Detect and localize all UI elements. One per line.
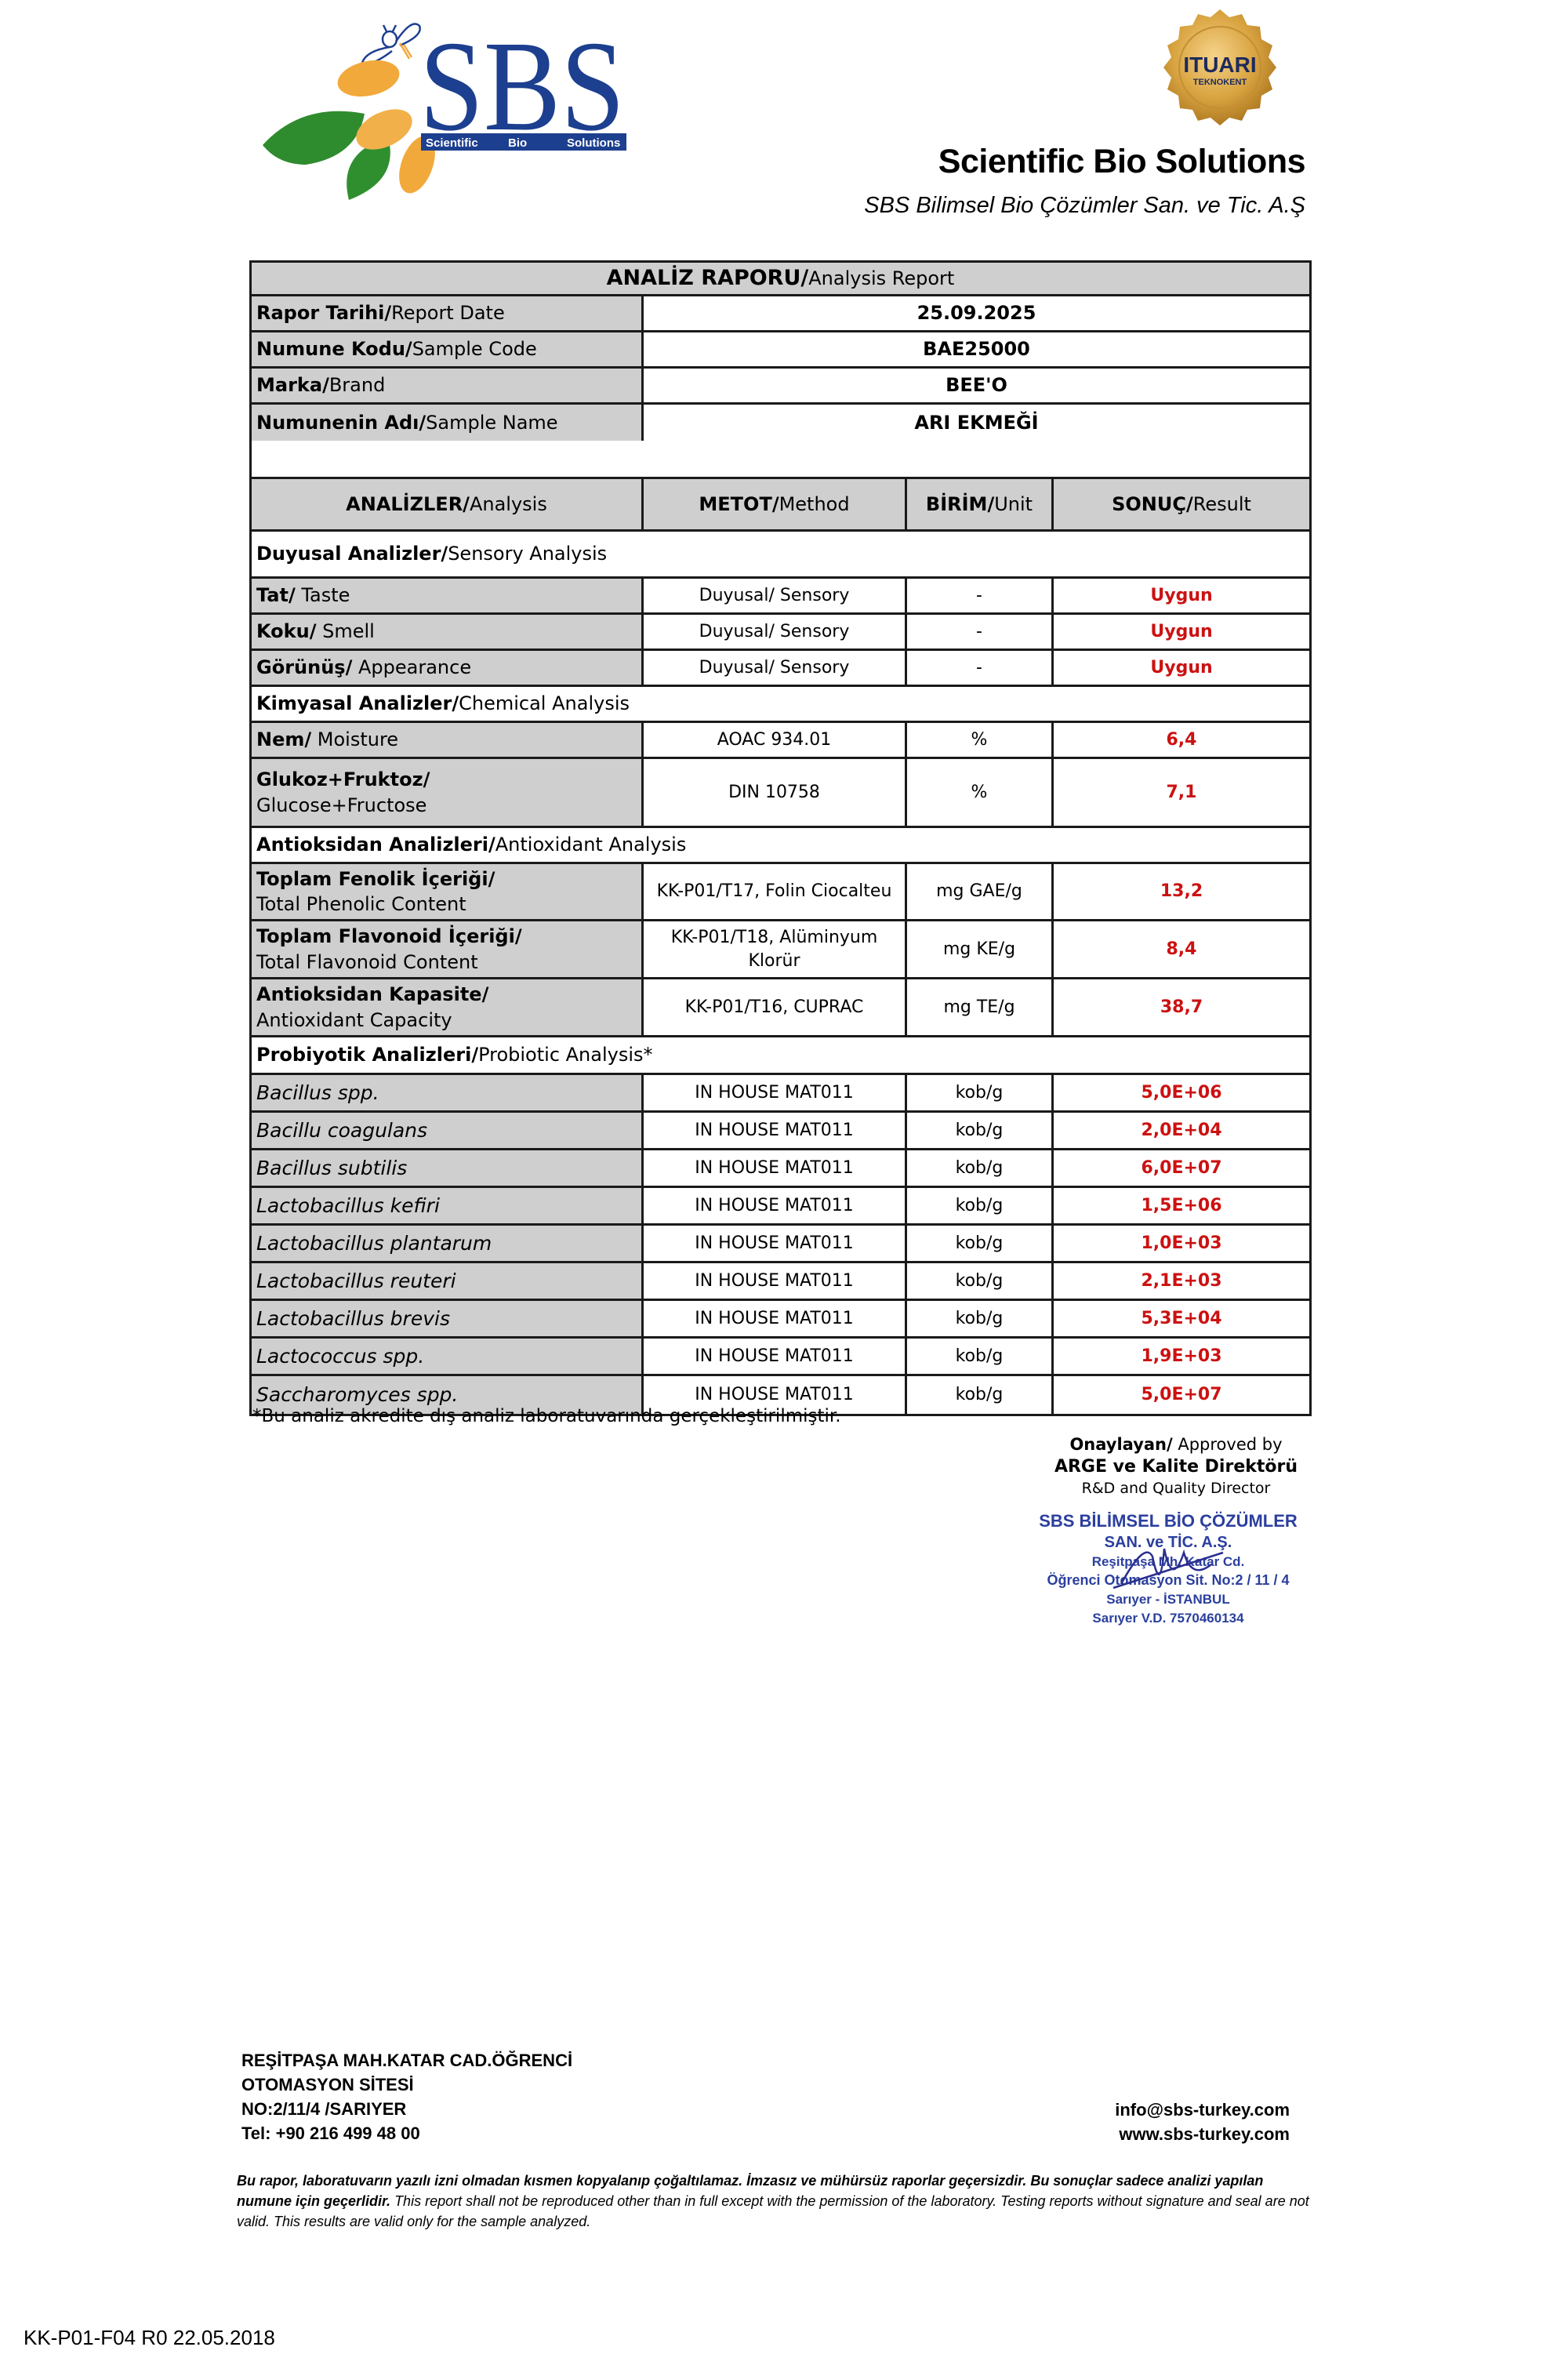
info-label: Numune Kodu/ Sample Code [252, 332, 644, 366]
ituari-seal: ITUARI TEKNOKENT [1146, 6, 1294, 136]
svg-text:TEKNOKENT: TEKNOKENT [1193, 78, 1247, 87]
method-cell: IN HOUSE MAT011 [644, 1339, 907, 1374]
info-label: Marka/ Brand [252, 369, 644, 402]
svg-text:Bio: Bio [508, 136, 527, 150]
table-row: Lactococcus spp.IN HOUSE MAT011kob/g1,9E… [252, 1339, 1309, 1376]
info-value: ARI EKMEĞİ [644, 405, 1309, 441]
email-link[interactable]: info@sbs-turkey.com [1019, 2098, 1290, 2122]
unit-cell: kob/g [907, 1226, 1054, 1261]
method-cell: Duyusal/ Sensory [644, 579, 907, 612]
unit-cell: mg GAE/g [907, 864, 1054, 919]
analysis-report-table: ANALİZ RAPORU/ Analysis Report Rapor Tar… [249, 260, 1312, 1416]
form-code: KK-P01-F04 R0 22.05.2018 [24, 2326, 275, 2350]
analysis-name: Lactobacillus kefiri [252, 1188, 644, 1223]
table-row: Antioksidan Kapasite/Antioxidant Capacit… [252, 979, 1309, 1037]
result-cell: 5,0E+06 [1054, 1075, 1309, 1110]
column-header-method: METOT/ Method [644, 479, 907, 529]
table-row: Bacillus subtilisIN HOUSE MAT011kob/g6,0… [252, 1150, 1309, 1188]
method-cell: IN HOUSE MAT011 [644, 1188, 907, 1223]
svg-text:Scientific: Scientific [426, 136, 478, 150]
info-row: Rapor Tarihi/ Report Date25.09.2025 [252, 296, 1309, 332]
table-row: Lactobacillus brevisIN HOUSE MAT011kob/g… [252, 1301, 1309, 1339]
website-link[interactable]: www.sbs-turkey.com [1019, 2122, 1290, 2146]
unit-cell: kob/g [907, 1301, 1054, 1336]
method-cell: IN HOUSE MAT011 [644, 1113, 907, 1148]
analysis-name: Tat/ Taste [252, 579, 644, 612]
unit-cell: - [907, 651, 1054, 685]
analysis-name: Bacillus subtilis [252, 1150, 644, 1186]
info-value: 25.09.2025 [644, 296, 1309, 330]
footnote: *Bu analiz akredite dış analiz laboratuv… [252, 1406, 841, 1426]
table-row: Glukoz+Fruktoz/Glucose+FructoseDIN 10758… [252, 759, 1309, 828]
result-cell: 8,4 [1054, 921, 1309, 977]
section-title: Kimyasal Analizler/ Chemical Analysis [252, 687, 1309, 721]
unit-cell: mg KE/g [907, 921, 1054, 977]
analysis-name: Lactobacillus plantarum [252, 1226, 644, 1261]
analysis-name: Bacillu coagulans [252, 1113, 644, 1148]
analysis-name: Antioksidan Kapasite/Antioxidant Capacit… [252, 979, 644, 1035]
analysis-name: Koku/ Smell [252, 615, 644, 648]
method-cell: KK-P01/T17, Folin Ciocalteu [644, 864, 907, 919]
table-row: Toplam Fenolik İçeriği/Total Phenolic Co… [252, 864, 1309, 921]
section-header-row: Kimyasal Analizler/ Chemical Analysis [252, 687, 1309, 723]
info-label: Numunenin Adı/ Sample Name [252, 405, 644, 441]
analysis-name: Lactobacillus reuteri [252, 1263, 644, 1299]
result-cell: 2,1E+03 [1054, 1263, 1309, 1299]
analysis-name: Toplam Fenolik İçeriği/Total Phenolic Co… [252, 864, 644, 919]
unit-cell: - [907, 615, 1054, 648]
method-cell: IN HOUSE MAT011 [644, 1301, 907, 1336]
info-value: BEE'O [644, 369, 1309, 402]
method-cell: KK-P01/T18, Alüminyum Klorür [644, 921, 907, 977]
unit-cell: % [907, 759, 1054, 826]
result-cell: 1,0E+03 [1054, 1226, 1309, 1261]
unit-cell: kob/g [907, 1113, 1054, 1148]
method-cell: IN HOUSE MAT011 [644, 1226, 907, 1261]
table-row: Nem/ MoistureAOAC 934.01%6,4 [252, 723, 1309, 759]
disclaimer: Bu rapor, laboratuvarın yazılı izni olma… [237, 2171, 1311, 2232]
result-cell: Uygun [1054, 579, 1309, 612]
section-header-row: Duyusal Analizler/ Sensory Analysis [252, 532, 1309, 579]
method-cell: AOAC 934.01 [644, 723, 907, 757]
method-cell: KK-P01/T16, CUPRAC [644, 979, 907, 1035]
section-title: Antioksidan Analizleri/ Antioxidant Anal… [252, 828, 1309, 862]
info-row: Numunenin Adı/ Sample NameARI EKMEĞİ [252, 405, 1309, 441]
analysis-name: Nem/ Moisture [252, 723, 644, 757]
table-row: Lactobacillus reuteriIN HOUSE MAT011kob/… [252, 1263, 1309, 1301]
unit-cell: - [907, 579, 1054, 612]
table-row: Bacillus spp.IN HOUSE MAT011kob/g5,0E+06 [252, 1075, 1309, 1113]
sbs-logo: SBS Scientific Bio Solutions [255, 12, 631, 212]
company-name: Scientific Bio Solutions [706, 143, 1305, 181]
spacer-row [252, 441, 1309, 479]
unit-cell: kob/g [907, 1263, 1054, 1299]
svg-text:Öğrenci Otomasyon Sit. No:2 /: Öğrenci Otomasyon Sit. No:2 / 11 / 4 [1047, 1572, 1289, 1588]
svg-text:Solutions: Solutions [567, 136, 620, 150]
result-cell: 38,7 [1054, 979, 1309, 1035]
result-cell: 5,3E+04 [1054, 1301, 1309, 1336]
report-title-row: ANALİZ RAPORU/ Analysis Report [252, 263, 1309, 296]
analysis-name: Lactococcus spp. [252, 1339, 644, 1374]
company-contact: info@sbs-turkey.com www.sbs-turkey.com [1019, 2098, 1290, 2146]
analysis-name: Görünüş/ Appearance [252, 651, 644, 685]
seed-icon [334, 55, 402, 102]
svg-text:SAN. ve TİC. A.Ş.: SAN. ve TİC. A.Ş. [1105, 1533, 1232, 1551]
table-row: Görünüş/ AppearanceDuyusal/ Sensory-Uygu… [252, 651, 1309, 687]
info-value: BAE25000 [644, 332, 1309, 366]
analysis-name: Toplam Flavonoid İçeriği/Total Flavonoid… [252, 921, 644, 977]
analysis-name: Glukoz+Fruktoz/Glucose+Fructose [252, 759, 644, 826]
table-row: Bacillu coagulansIN HOUSE MAT011kob/g2,0… [252, 1113, 1309, 1150]
report-title: ANALİZ RAPORU/ Analysis Report [252, 263, 1309, 294]
unit-cell: kob/g [907, 1150, 1054, 1186]
result-cell: 2,0E+04 [1054, 1113, 1309, 1148]
result-cell: 5,0E+07 [1054, 1376, 1309, 1414]
result-cell: Uygun [1054, 651, 1309, 685]
method-cell: IN HOUSE MAT011 [644, 1150, 907, 1186]
column-header-analysis: ANALİZLER/ Analysis [252, 479, 644, 529]
section-title: Probiyotik Analizleri/ Probiotic Analysi… [252, 1037, 1309, 1073]
table-row: Tat/ TasteDuyusal/ Sensory-Uygun [252, 579, 1309, 615]
section-title: Duyusal Analizler/ Sensory Analysis [252, 532, 1309, 576]
bee-icon [362, 24, 420, 64]
unit-cell: % [907, 723, 1054, 757]
leaf-icon [263, 111, 365, 165]
table-row: Lactobacillus kefiriIN HOUSE MAT011kob/g… [252, 1188, 1309, 1226]
unit-cell: kob/g [907, 1075, 1054, 1110]
analysis-name: Bacillus spp. [252, 1075, 644, 1110]
section-header-row: Antioksidan Analizleri/ Antioxidant Anal… [252, 828, 1309, 864]
table-row: Lactobacillus plantarumIN HOUSE MAT011ko… [252, 1226, 1309, 1263]
result-cell: 1,9E+03 [1054, 1339, 1309, 1374]
company-address: REŞİTPAŞA MAH.KATAR CAD.ÖĞRENCİ OTOMASYO… [241, 2048, 572, 2145]
unit-cell: kob/g [907, 1376, 1054, 1414]
info-label: Rapor Tarihi/ Report Date [252, 296, 644, 330]
company-stamp-signature: SBS BİLİMSEL BİO ÇÖZÜMLER SAN. ve TİC. A… [1027, 1509, 1309, 1635]
method-cell: DIN 10758 [644, 759, 907, 826]
method-cell: Duyusal/ Sensory [644, 651, 907, 685]
table-row: Toplam Flavonoid İçeriği/Total Flavonoid… [252, 921, 1309, 979]
approval-block: Onaylayan/ Approved by ARGE ve Kalite Di… [1043, 1435, 1309, 1497]
result-cell: 6,0E+07 [1054, 1150, 1309, 1186]
approver-role-tr: ARGE ve Kalite Direktörü [1043, 1457, 1309, 1477]
unit-cell: kob/g [907, 1188, 1054, 1223]
info-row: Marka/ BrandBEE'O [252, 369, 1309, 405]
info-row: Numune Kodu/ Sample CodeBAE25000 [252, 332, 1309, 369]
section-header-row: Probiyotik Analizleri/ Probiotic Analysi… [252, 1037, 1309, 1075]
column-header-row: ANALİZLER/ Analysis METOT/ Method BİRİM/… [252, 479, 1309, 532]
result-cell: 1,5E+06 [1054, 1188, 1309, 1223]
analysis-name: Lactobacillus brevis [252, 1301, 644, 1336]
svg-text:Sarıyer V.D. 7570460134: Sarıyer V.D. 7570460134 [1092, 1611, 1244, 1626]
method-cell: IN HOUSE MAT011 [644, 1075, 907, 1110]
method-cell: IN HOUSE MAT011 [644, 1263, 907, 1299]
unit-cell: mg TE/g [907, 979, 1054, 1035]
unit-cell: kob/g [907, 1339, 1054, 1374]
svg-text:Sarıyer - İSTANBUL: Sarıyer - İSTANBUL [1106, 1592, 1229, 1607]
result-cell: 7,1 [1054, 759, 1309, 826]
approver-role-en: R&D and Quality Director [1043, 1480, 1309, 1497]
table-row: Koku/ SmellDuyusal/ Sensory-Uygun [252, 615, 1309, 651]
column-header-result: SONUÇ/ Result [1054, 479, 1309, 529]
column-header-unit: BİRİM/ Unit [907, 479, 1054, 529]
company-legal-name: SBS Bilimsel Bio Çözümler San. ve Tic. A… [706, 193, 1305, 219]
result-cell: Uygun [1054, 615, 1309, 648]
svg-text:ITUARI: ITUARI [1183, 53, 1256, 77]
method-cell: Duyusal/ Sensory [644, 615, 907, 648]
svg-text:SBS BİLİMSEL BİO ÇÖZÜMLER: SBS BİLİMSEL BİO ÇÖZÜMLER [1039, 1511, 1298, 1531]
result-cell: 6,4 [1054, 723, 1309, 757]
result-cell: 13,2 [1054, 864, 1309, 919]
